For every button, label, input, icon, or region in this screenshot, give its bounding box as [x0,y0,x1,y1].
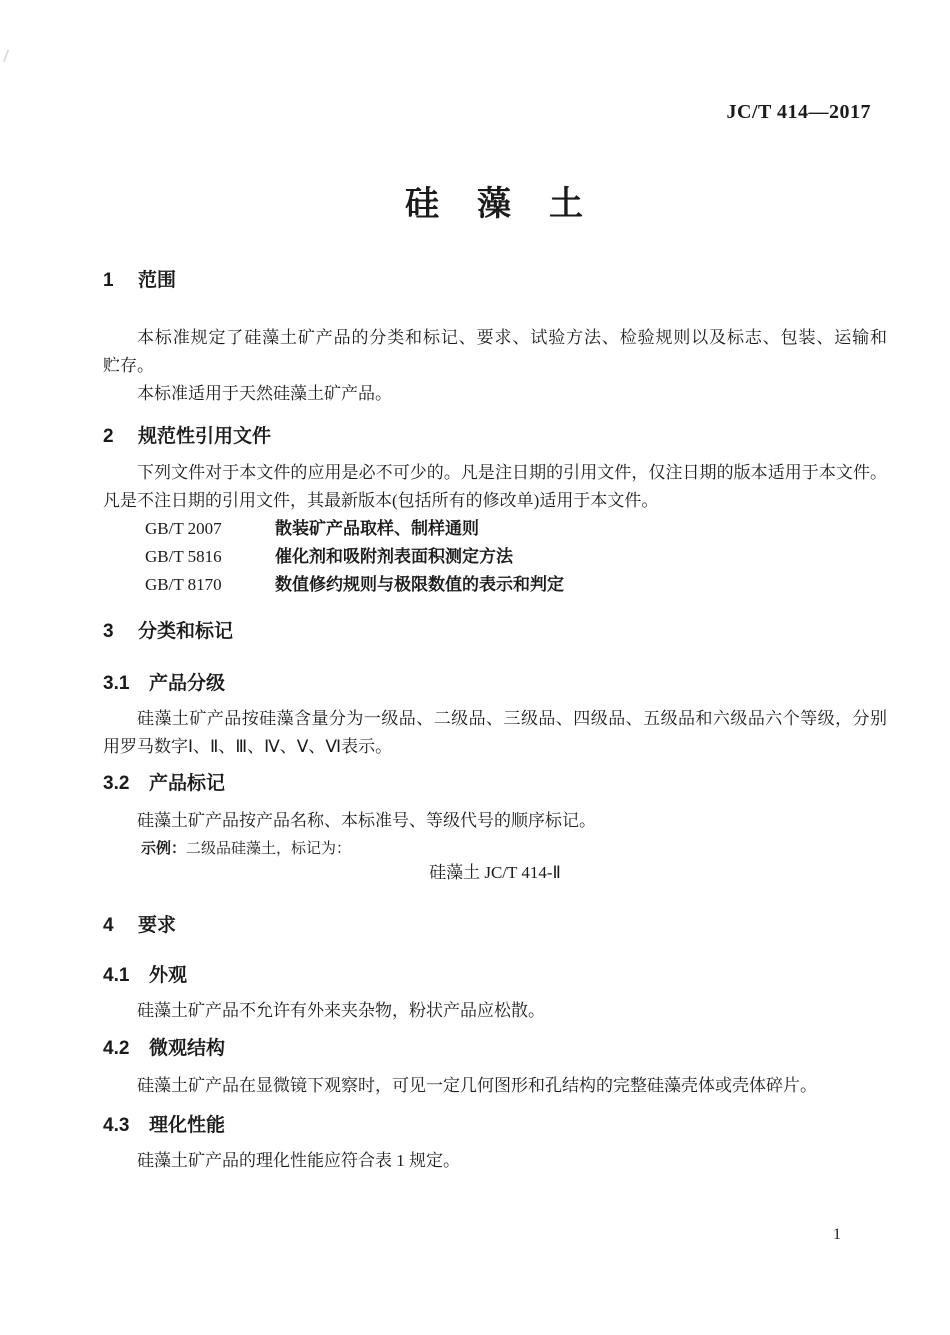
section-4-3-number: 4.3 [103,1114,137,1138]
section-4-2-number: 4.2 [103,1037,137,1061]
reference-code: GB/T 5816 [145,543,251,571]
product-designation: 硅藻土 JC/T 414-Ⅱ [103,861,887,885]
section-4-1-heading: 4.1外观 [103,964,887,988]
text-line: 贮存。 [103,352,887,380]
page-number: 1 [103,1224,887,1246]
text-line: 硅藻土矿产品按硅藻含量分为一级品、二级品、三级品、四级品、五级品和六级品六个等级… [103,705,887,733]
reference-item: GB/T 5816催化剂和吸附剂表面积测定方法 [145,543,887,571]
example-label: 示例： [141,840,186,857]
scan-artifact [3,49,14,64]
section-3-heading: 3分类和标记 [103,620,887,644]
section-3-1-heading: 3.1产品分级 [103,672,887,696]
text-line: 硅藻土矿产品不允许有外来夹杂物，粉状产品应松散。 [103,997,887,1025]
section-4-2-heading: 4.2微观结构 [103,1037,887,1061]
section-3-2-heading: 3.2产品标记 [103,772,887,796]
section-3-2-body: 硅藻土矿产品按产品名称、本标准号、等级代号的顺序标记。 [103,807,887,835]
text-line: 下列文件对于本文件的应用是必不可少的。凡是注日期的引用文件，仅注日期的版本适用于… [103,459,887,487]
text-line: 硅藻土矿产品按产品名称、本标准号、等级代号的顺序标记。 [103,807,887,835]
text-line: 凡是不注日期的引用文件，其最新版本(包括所有的修改单)适用于本文件。 [103,487,887,515]
text-line: 本标准适用于天然硅藻土矿产品。 [103,380,887,408]
section-2-body: 下列文件对于本文件的应用是必不可少的。凡是注日期的引用文件，仅注日期的版本适用于… [103,459,887,515]
section-4-3-heading: 4.3理化性能 [103,1114,887,1138]
text-line: 硅藻土矿产品的理化性能应符合表 1 规定。 [103,1147,887,1175]
section-4-1-number: 4.1 [103,964,137,988]
standard-reference: JC/T 414—2017 [103,100,887,124]
reference-name: 散装矿产品取样、制样通则 [275,519,479,538]
section-1-title: 范围 [138,270,176,291]
section-4-2-body: 硅藻土矿产品在显微镜下观察时，可见一定几何图形和孔结构的完整硅藻壳体或壳体碎片。 [103,1072,887,1100]
reference-item: GB/T 8170数值修约规则与极限数值的表示和判定 [145,571,887,599]
section-2-number: 2 [103,425,123,449]
text-line: 本标准规定了硅藻土矿产品的分类和标记、要求、试验方法、检验规则以及标志、包装、运… [103,324,887,352]
document-title: 硅 藻 土 [103,184,887,224]
document-page: JC/T 414—2017 硅 藻 土 1范围 本标准规定了硅藻土矿产品的分类和… [0,0,950,1335]
section-4-heading: 4要求 [103,914,887,938]
section-4-1-title: 外观 [149,965,187,986]
section-4-title: 要求 [138,915,176,936]
normative-references-list: GB/T 2007散装矿产品取样、制样通则 GB/T 5816催化剂和吸附剂表面… [103,515,887,599]
section-3-1-title: 产品分级 [149,673,225,694]
section-4-3-title: 理化性能 [149,1115,225,1136]
section-1-heading: 1范围 [103,269,887,293]
section-4-2-title: 微观结构 [149,1038,225,1059]
example-text: 二级品硅藻土，标记为： [186,841,351,857]
reference-code: GB/T 2007 [145,515,251,543]
section-3-title: 分类和标记 [138,621,233,642]
section-2-heading: 2规范性引用文件 [103,425,887,449]
section-3-2-number: 3.2 [103,772,137,796]
reference-name: 数值修约规则与极限数值的表示和判定 [275,575,564,594]
section-3-2-title: 产品标记 [149,773,225,794]
section-4-number: 4 [103,914,123,938]
section-4-1-body: 硅藻土矿产品不允许有外来夹杂物，粉状产品应松散。 [103,997,887,1025]
example-line: 示例：二级品硅藻土，标记为： [103,837,887,861]
reference-code: GB/T 8170 [145,571,251,599]
section-3-1-body: 硅藻土矿产品按硅藻含量分为一级品、二级品、三级品、四级品、五级品和六级品六个等级… [103,705,887,761]
reference-item: GB/T 2007散装矿产品取样、制样通则 [145,515,887,543]
section-3-number: 3 [103,620,123,644]
section-3-1-number: 3.1 [103,672,137,696]
text-line: 硅藻土矿产品在显微镜下观察时，可见一定几何图形和孔结构的完整硅藻壳体或壳体碎片。 [103,1072,887,1100]
section-2-title: 规范性引用文件 [138,426,271,447]
section-1-number: 1 [103,269,123,293]
reference-name: 催化剂和吸附剂表面积测定方法 [275,547,513,566]
section-4-3-body: 硅藻土矿产品的理化性能应符合表 1 规定。 [103,1147,887,1175]
section-1-body: 本标准规定了硅藻土矿产品的分类和标记、要求、试验方法、检验规则以及标志、包装、运… [103,324,887,408]
text-line: 用罗马数字Ⅰ、Ⅱ、Ⅲ、Ⅳ、Ⅴ、Ⅵ表示。 [103,733,887,761]
